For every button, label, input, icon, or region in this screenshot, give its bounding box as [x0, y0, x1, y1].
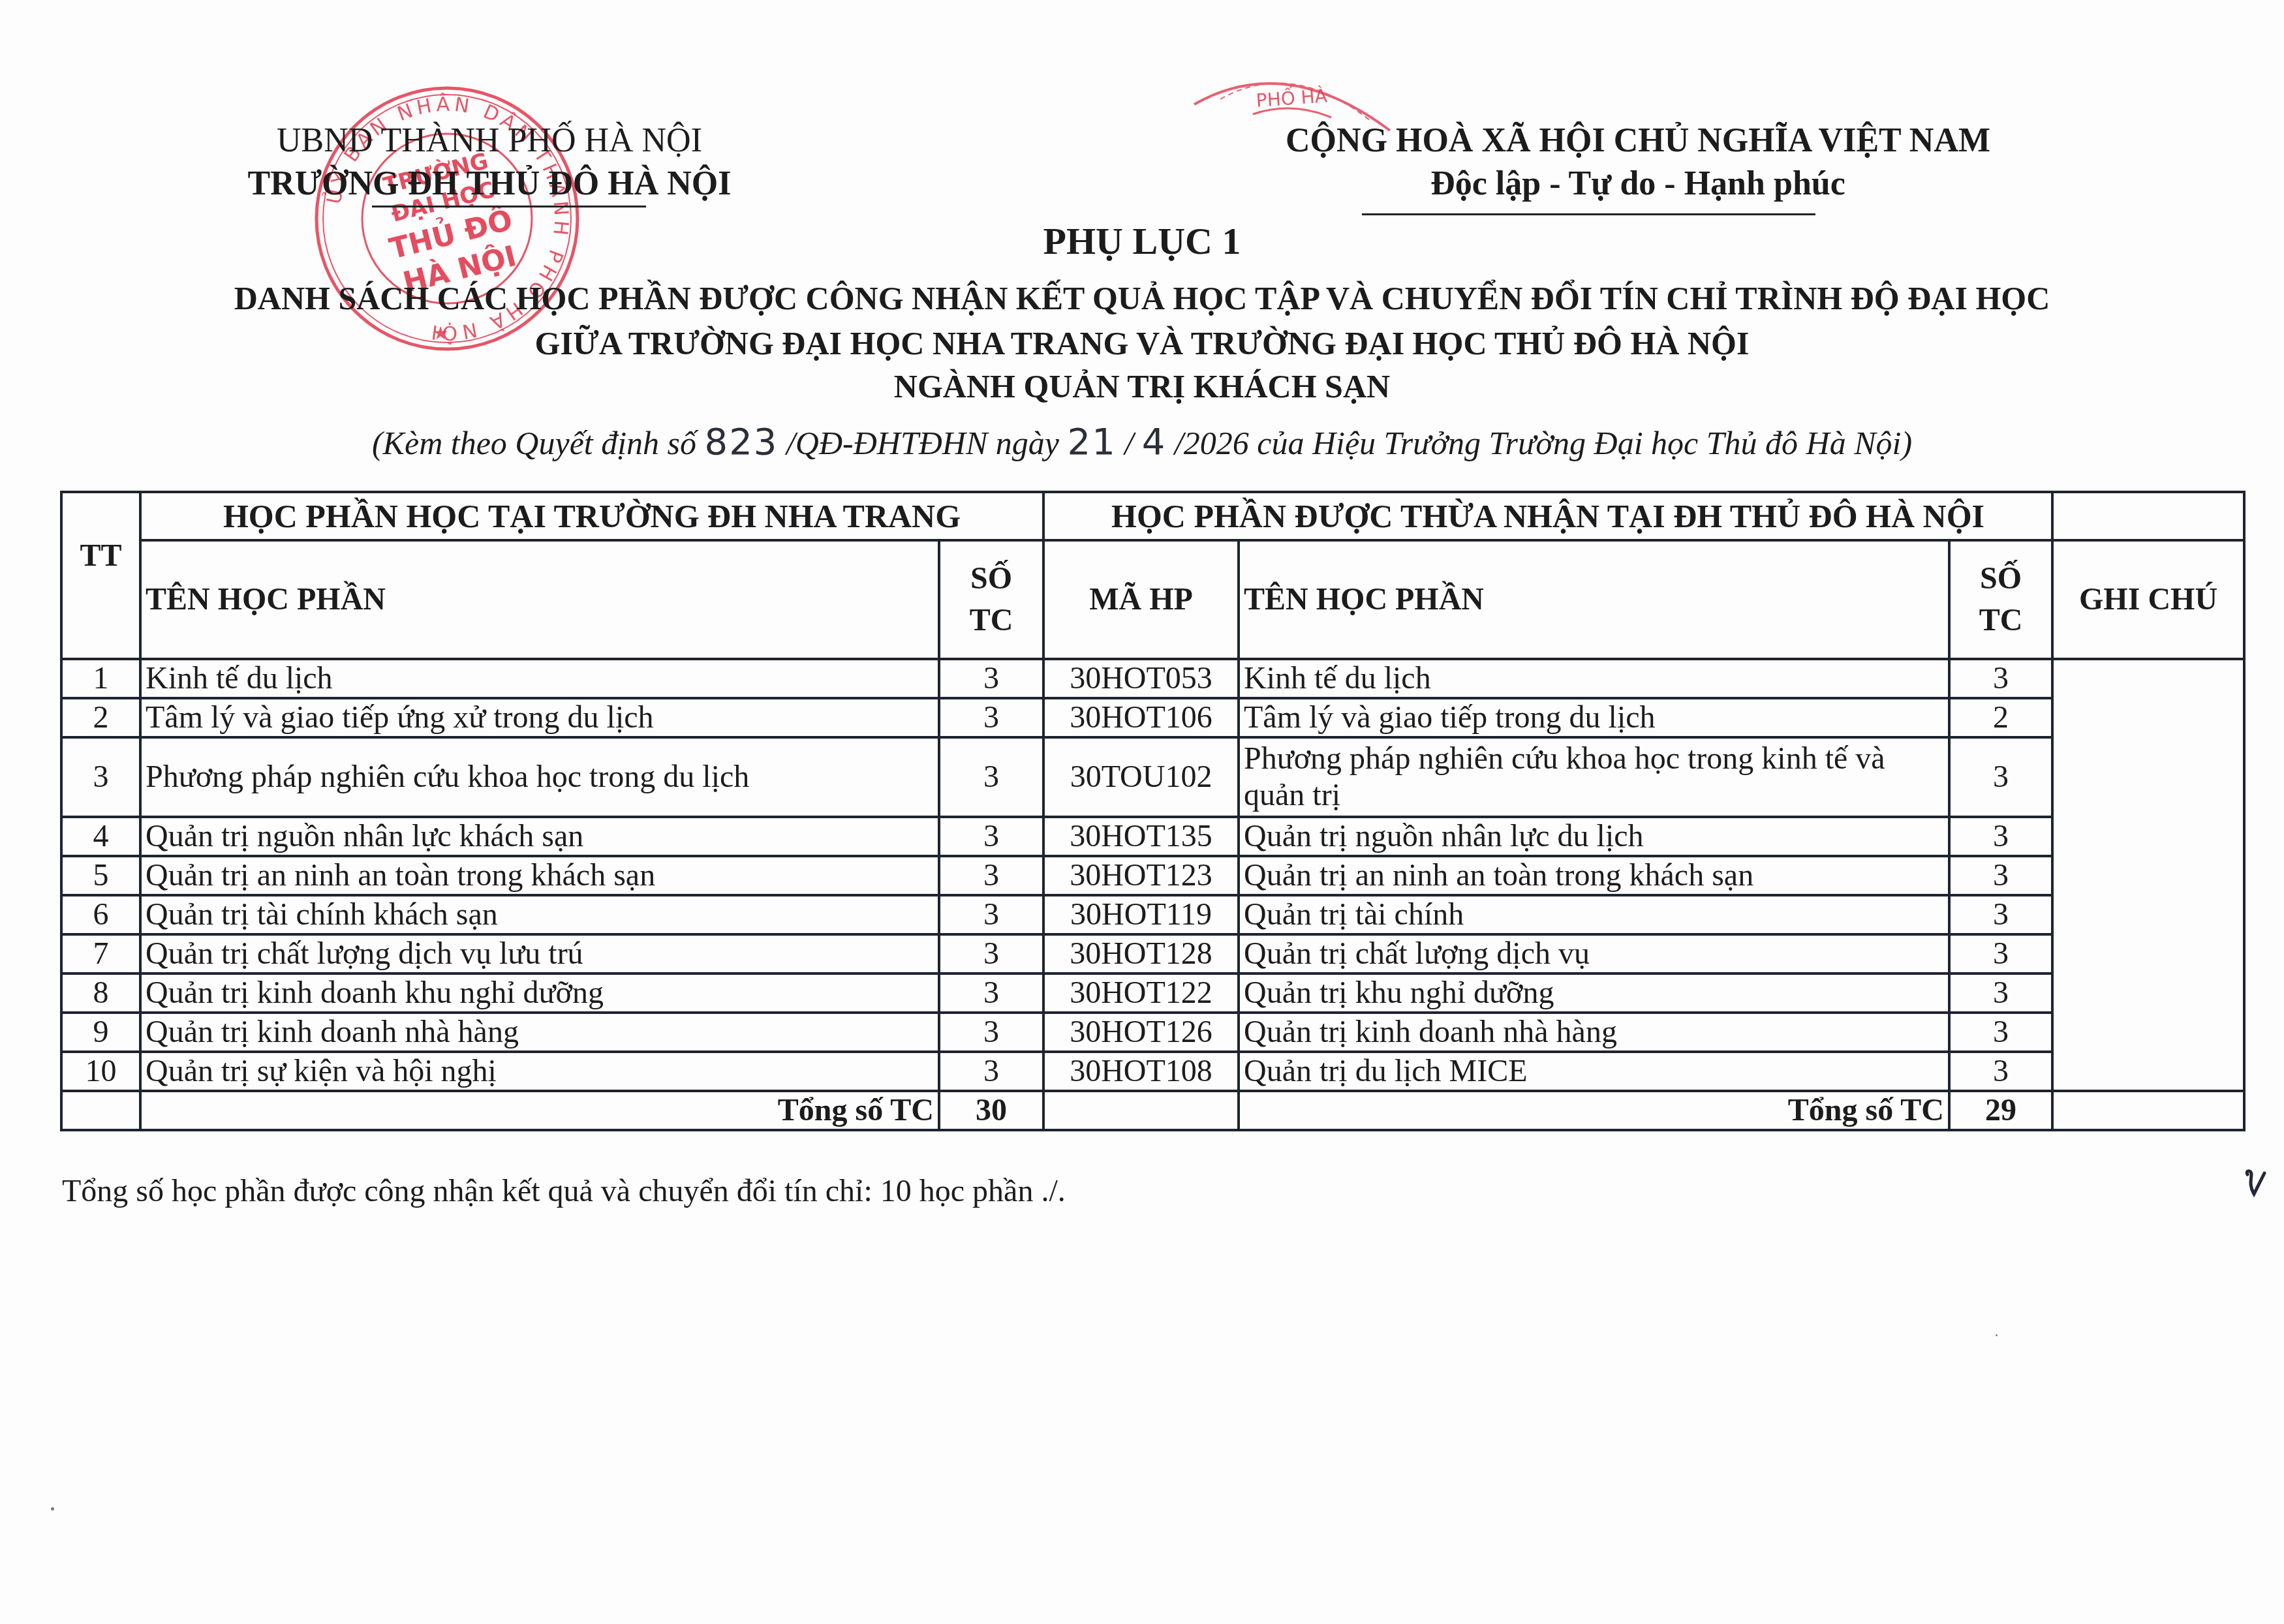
- thu-do-course-code: 30HOT135: [1043, 817, 1239, 856]
- document-title-line-3: NGÀNH QUẢN TRỊ KHÁCH SẠN: [0, 367, 2284, 405]
- nha-trang-course-name: Phương pháp nghiên cứu khoa học trong du…: [140, 737, 939, 817]
- left-total-label: Tổng số TC: [140, 1091, 939, 1130]
- scan-speck: [1996, 1334, 1998, 1336]
- col-header-left-name: TÊN HỌC PHẦN: [140, 540, 939, 659]
- nha-trang-course-name: Quản trị kinh doanh khu nghỉ dưỡng: [140, 973, 939, 1013]
- table-row: 1Kinh tế du lịch330HOT053Kinh tế du lịch…: [61, 659, 2244, 698]
- table-row: 2Tâm lý và giao tiếp ứng xử trong du lịc…: [61, 698, 2244, 737]
- nha-trang-course-name: Quản trị tài chính khách sạn: [140, 895, 939, 934]
- thu-do-credits: 3: [1949, 817, 2052, 856]
- thu-do-course-code: 30HOT122: [1043, 973, 1239, 1013]
- right-credits-label-2: TC: [1979, 603, 2023, 637]
- thu-do-course-code: 30HOT053: [1043, 659, 1239, 698]
- nha-trang-credits: 3: [939, 1013, 1043, 1052]
- row-number: 5: [61, 856, 140, 895]
- thu-do-course-name: Quản trị du lịch MICE: [1239, 1052, 1949, 1091]
- col-header-right-credits: SỐTC: [1949, 540, 2052, 659]
- decision-reference: (Kèm theo Quyết định số 823 /QĐ-ĐHTĐHN n…: [0, 421, 2284, 463]
- table-row: 8Quản trị kinh doanh khu nghỉ dưỡng330HO…: [61, 973, 2244, 1013]
- group-header-blank: [2052, 492, 2244, 540]
- row-number: 1: [61, 659, 140, 698]
- left-credits-label-2: TC: [970, 603, 1013, 637]
- handwritten-check-icon: [2242, 1168, 2268, 1201]
- footnote-summary: Tổng số học phần được công nhận kết quả …: [62, 1173, 1066, 1209]
- nha-trang-credits: 3: [939, 856, 1043, 895]
- course-equivalence-table: TT HỌC PHẦN HỌC TẠI TRƯỜNG ĐH NHA TRANG …: [60, 491, 2245, 1131]
- total-blank: [1043, 1091, 1239, 1130]
- thu-do-credits: 3: [1949, 1052, 2052, 1091]
- thu-do-course-name: Tâm lý và giao tiếp trong du lịch: [1239, 698, 1949, 737]
- document-title-line-2: GIỮA TRƯỜNG ĐẠI HỌC NHA TRANG VÀ TRƯỜNG …: [0, 324, 2284, 362]
- thu-do-course-code: 30HOT108: [1043, 1052, 1239, 1091]
- table-row: 9Quản trị kinh doanh nhà hàng330HOT126Qu…: [61, 1013, 2244, 1052]
- right-total-label: Tổng số TC: [1239, 1091, 1949, 1130]
- total-blank: [61, 1091, 140, 1130]
- col-header-tt: TT: [61, 492, 140, 659]
- table-row: 4Quản trị nguồn nhân lực khách sạn330HOT…: [61, 817, 2244, 856]
- nha-trang-credits: 3: [939, 698, 1043, 737]
- nha-trang-course-name: Quản trị chất lượng dịch vụ lưu trú: [140, 934, 939, 973]
- decision-number: 823: [705, 421, 779, 463]
- thu-do-course-name: Quản trị chất lượng dịch vụ: [1239, 934, 1949, 973]
- thu-do-course-name: Quản trị khu nghỉ dưỡng: [1239, 973, 1949, 1013]
- row-number: 3: [61, 737, 140, 817]
- decision-day: 21: [1068, 421, 1117, 463]
- thu-do-credits: 3: [1949, 737, 2052, 817]
- scan-speck: [51, 1507, 54, 1510]
- table-row: 7Quản trị chất lượng dịch vụ lưu trú330H…: [61, 934, 2244, 973]
- row-number: 7: [61, 934, 140, 973]
- nha-trang-course-name: Tâm lý và giao tiếp ứng xử trong du lịch: [140, 698, 939, 737]
- total-note-blank: [2052, 1091, 2244, 1130]
- decision-suffix: /2026 của Hiệu Trưởng Trường Đại học Thủ…: [1166, 425, 1912, 461]
- decision-sep: /: [1117, 425, 1142, 461]
- thu-do-course-code: 30HOT106: [1043, 698, 1239, 737]
- org-school-name: TRƯỜNG ĐH THỦ ĐÔ HÀ NỘI: [196, 164, 783, 203]
- thu-do-credits: 3: [1949, 973, 2052, 1013]
- right-credits-label-1: SỐ: [1980, 561, 2022, 596]
- row-number: 8: [61, 973, 140, 1013]
- thu-do-credits: 3: [1949, 659, 2052, 698]
- thu-do-course-code: 30HOT126: [1043, 1013, 1239, 1052]
- org-underline: [372, 206, 646, 207]
- decision-prefix: (Kèm theo Quyết định số: [372, 425, 705, 461]
- left-total-credits: 30: [939, 1091, 1043, 1130]
- row-number: 10: [61, 1052, 140, 1091]
- row-number: 4: [61, 817, 140, 856]
- nha-trang-credits: 3: [939, 934, 1043, 973]
- nha-trang-credits: 3: [939, 895, 1043, 934]
- thu-do-course-code: 30HOT119: [1043, 895, 1239, 934]
- thu-do-credits: 2: [1949, 698, 2052, 737]
- national-title: CỘNG HOÀ XÃ HỘI CHỦ NGHĨA VIỆT NAM: [1149, 121, 2127, 160]
- thu-do-course-code: 30HOT128: [1043, 934, 1239, 973]
- decision-mid: /QĐ-ĐHTĐHN ngày: [778, 425, 1067, 461]
- thu-do-credits: 3: [1949, 856, 2052, 895]
- decision-month: 4: [1142, 421, 1167, 463]
- table-row: 6Quản trị tài chính khách sạn330HOT119Qu…: [61, 895, 2244, 934]
- total-row: Tổng số TC30Tổng số TC29: [61, 1091, 2244, 1130]
- row-number: 6: [61, 895, 140, 934]
- national-motto: Độc lập - Tự do - Hạnh phúc: [1149, 164, 2127, 203]
- thu-do-course-name: Quản trị an ninh an toàn trong khách sạn: [1239, 856, 1949, 895]
- nha-trang-course-name: Quản trị kinh doanh nhà hàng: [140, 1013, 939, 1052]
- row-number: 9: [61, 1013, 140, 1052]
- nha-trang-course-name: Quản trị nguồn nhân lực khách sạn: [140, 817, 939, 856]
- nha-trang-credits: 3: [939, 737, 1043, 817]
- appendix-title: PHỤ LỤC 1: [0, 219, 2284, 263]
- thu-do-course-name: Quản trị kinh doanh nhà hàng: [1239, 1013, 1949, 1052]
- thu-do-course-name: Quản trị tài chính: [1239, 895, 1949, 934]
- col-header-left-credits: SỐTC: [939, 540, 1043, 659]
- group-header-thu-do: HỌC PHẦN ĐƯỢC THỪA NHẬN TẠI ĐH THỦ ĐÔ HÀ…: [1043, 492, 2052, 540]
- document-title-line-1: DANH SÁCH CÁC HỌC PHẦN ĐƯỢC CÔNG NHẬN KẾ…: [0, 279, 2284, 317]
- group-header-nha-trang: HỌC PHẦN HỌC TẠI TRƯỜNG ĐH NHA TRANG: [140, 492, 1043, 540]
- motto-underline: [1362, 213, 1815, 215]
- nha-trang-credits: 3: [939, 659, 1043, 698]
- thu-do-credits: 3: [1949, 934, 2052, 973]
- nha-trang-course-name: Quản trị an ninh an toàn trong khách sạn: [140, 856, 939, 895]
- table-row: 10Quản trị sự kiện và hội nghị330HOT108Q…: [61, 1052, 2244, 1091]
- thu-do-course-name: Quản trị nguồn nhân lực du lịch: [1239, 817, 1949, 856]
- thu-do-course-code: 30HOT123: [1043, 856, 1239, 895]
- col-header-note: GHI CHÚ: [2052, 540, 2244, 659]
- thu-do-course-name: Kinh tế du lịch: [1239, 659, 1949, 698]
- note-cell: [2052, 659, 2244, 1091]
- row-number: 2: [61, 698, 140, 737]
- col-header-right-name: TÊN HỌC PHẦN: [1239, 540, 1949, 659]
- thu-do-credits: 3: [1949, 895, 2052, 934]
- nha-trang-course-name: Quản trị sự kiện và hội nghị: [140, 1052, 939, 1091]
- left-credits-label-1: SỐ: [970, 561, 1012, 596]
- right-total-credits: 29: [1949, 1091, 2052, 1130]
- partial-stamp-text: PHỐ HÀ: [1255, 82, 1327, 112]
- table-row: 3Phương pháp nghiên cứu khoa học trong d…: [61, 737, 2244, 817]
- nha-trang-course-name: Kinh tế du lịch: [140, 659, 939, 698]
- nha-trang-credits: 3: [939, 1052, 1043, 1091]
- nha-trang-credits: 3: [939, 817, 1043, 856]
- thu-do-course-name: Phương pháp nghiên cứu khoa học trong ki…: [1239, 737, 1949, 817]
- thu-do-credits: 3: [1949, 1013, 2052, 1052]
- table-row: 5Quản trị an ninh an toàn trong khách sạ…: [61, 856, 2244, 895]
- col-header-code: MÃ HP: [1043, 540, 1239, 659]
- org-parent-name: UBND THÀNH PHỐ HÀ NỘI: [196, 121, 783, 160]
- nha-trang-credits: 3: [939, 973, 1043, 1013]
- thu-do-course-code: 30TOU102: [1043, 737, 1239, 817]
